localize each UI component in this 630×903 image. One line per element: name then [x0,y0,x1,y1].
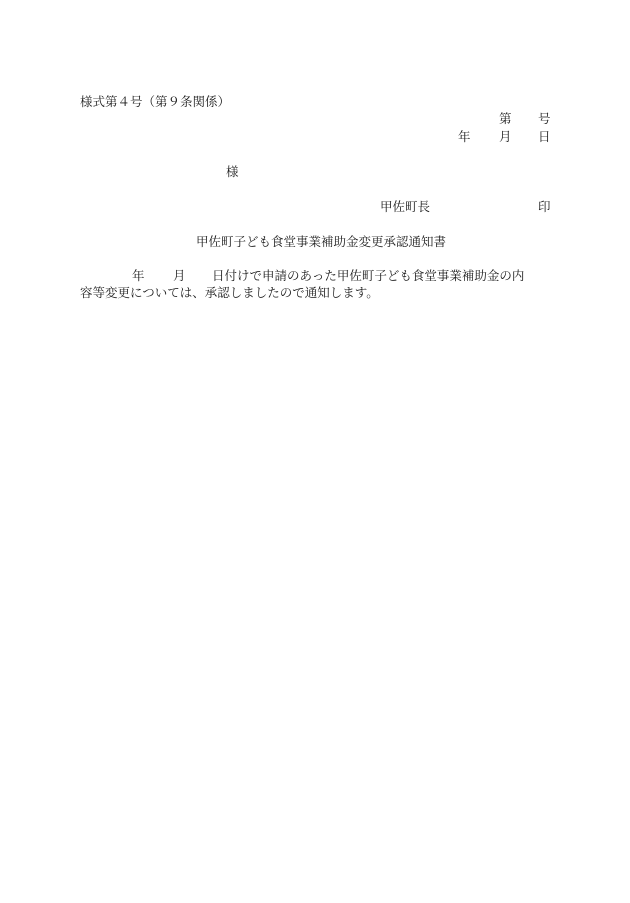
body-year: 年 [132,268,145,284]
body-line1-text: 日付けで申請のあった甲佐町子ども食堂事業補助金の内 [212,268,524,284]
date-month: 月 [499,129,512,145]
number-prefix: 第 [499,111,512,127]
issuer-name: 甲佐町長 [380,199,430,215]
number-suffix: 号 [538,111,551,127]
date-day: 日 [538,129,551,145]
form-label: 様式第４号（第９条関係） [80,94,230,110]
addressee-honorific: 様 [226,164,239,180]
body-line2: 容等変更については、承認しましたので通知します。 [80,285,379,301]
body-month: 月 [173,268,186,284]
date-year: 年 [458,129,471,145]
seal-mark: 印 [538,199,551,215]
document-title: 甲佐町子ども食堂事業補助金変更承認通知書 [196,234,446,250]
